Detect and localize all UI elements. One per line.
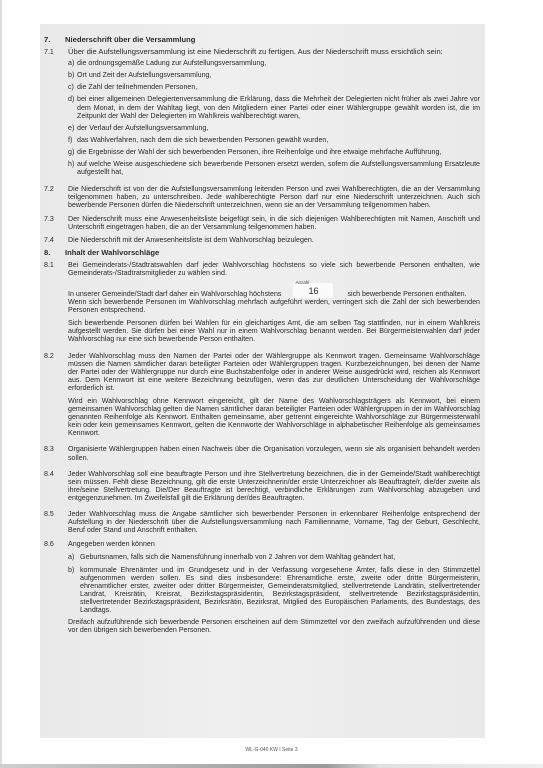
- list-text: die ordnungsgemäße Ladung zur Aufstellun…: [77, 59, 480, 67]
- item-number: 8.4: [44, 470, 68, 502]
- list-label: a): [68, 553, 80, 561]
- paragraph: Wird ein Wahlvorschlag ohne Kennwort ein…: [68, 397, 480, 437]
- paragraph: Bei Gemeinderats-/Stadtratswahlen darf j…: [68, 261, 480, 277]
- list-item: g)die Ergebnisse der Wahl der sich bewer…: [68, 148, 480, 156]
- item-number: 7.1: [44, 48, 68, 180]
- list-item: c)die Zahl der teilnehmenden Personen,: [68, 83, 480, 91]
- item-7-3: 7.3 Der Niederschrift muss eine Anwesenh…: [44, 215, 480, 231]
- anzahl-row: In unserer Gemeinde/Stadt darf daher ein…: [68, 283, 480, 298]
- list-item: a)Geburtsnamen, falls sich die Namensfüh…: [68, 553, 480, 561]
- page-footer: WL-G-040 KW I Seite 3: [0, 747, 543, 753]
- list-text: Ort und Zeit der Aufstellungsversammlung…: [77, 71, 480, 79]
- list-label: a): [68, 59, 77, 67]
- item-text: Jeder Wahlvorschlag muss die Angabe sämt…: [68, 510, 480, 534]
- item-number: 8.3: [44, 445, 68, 461]
- list-label: e): [68, 124, 77, 132]
- list-label: b): [68, 566, 80, 615]
- item-8-5: 8.5 Jeder Wahlvorschlag muss die Angabe …: [44, 510, 480, 534]
- item-8-6: 8.6 Angegeben werden können a)Geburtsnam…: [44, 540, 480, 634]
- item-intro: Angegeben werden können: [68, 540, 480, 548]
- paragraph: Sich bewerbende Personen dürfen bei Wahl…: [68, 319, 480, 343]
- anzahl-field[interactable]: Anzahl 16: [293, 283, 333, 298]
- paragraph: Wenn sich bewerbende Personen im Wahlvor…: [68, 298, 480, 314]
- item-7-1: 7.1 Über die Aufstellungsversammlung ist…: [44, 48, 480, 180]
- list-text: kommunale Ehrenämter und im Grundgesetz …: [80, 566, 480, 615]
- list-label: d): [68, 95, 77, 119]
- list-item: a)die ordnungsgemäße Ladung zur Aufstell…: [68, 59, 480, 67]
- section-8-heading: 8. Inhalt der Wahlvorschläge: [44, 249, 480, 257]
- section-number: 8.: [44, 249, 65, 257]
- item-8-4: 8.4 Jeder Wahlvorschlag soll eine beauft…: [44, 470, 480, 502]
- section-title: Inhalt der Wahlvorschläge: [65, 249, 159, 257]
- item-number: 8.6: [44, 540, 68, 634]
- list-item: d)bei einer allgemeinen Delegiertenversa…: [68, 95, 480, 119]
- item-8-3: 8.3 Organisierte Wählergruppen haben ein…: [44, 445, 480, 461]
- list-text: die Ergebnisse der Wahl der sich bewerbe…: [77, 148, 480, 156]
- list-label: b): [68, 71, 77, 79]
- item-number: 8.2: [44, 352, 68, 438]
- list-item: e)der Verlauf der Aufstellungsversammlun…: [68, 124, 480, 132]
- item-number: 7.4: [44, 236, 68, 244]
- item-8-1: 8.1 Bei Gemeinderats-/Stadtratswahlen da…: [44, 261, 480, 344]
- anzahl-label: Anzahl: [295, 276, 309, 289]
- document-content: 7. Niederschrift über die Versammlung 7.…: [44, 36, 480, 639]
- item-8-2: 8.2 Jeder Wahlvorschlag muss den Namen d…: [44, 352, 480, 438]
- item-number: 7.3: [44, 215, 68, 231]
- item-text: Die Niederschrift ist von der die Aufste…: [68, 185, 480, 209]
- item-text: Die Niederschrift mit der Anwesenheitsli…: [68, 236, 480, 244]
- list-item: b)kommunale Ehrenämter und im Grundgeset…: [68, 566, 480, 615]
- list-label: c): [68, 83, 77, 91]
- item-number: 8.5: [44, 510, 68, 534]
- anzahl-value: 16: [308, 286, 318, 296]
- item-number: 8.1: [44, 261, 68, 344]
- list-text: der Verlauf der Aufstellungsversammlung,: [77, 124, 480, 132]
- list-text: Geburtsnamen, falls sich die Namensführu…: [80, 553, 480, 561]
- sub-list: a)Geburtsnamen, falls sich die Namensfüh…: [68, 553, 480, 614]
- list-text: bei einer allgemeinen Delegiertenversamm…: [77, 95, 480, 119]
- list-text: die Zahl der teilnehmenden Personen,: [77, 83, 480, 91]
- page-edge: [0, 0, 2, 768]
- item-number: 7.2: [44, 185, 68, 209]
- sub-list: a)die ordnungsgemäße Ladung zur Aufstell…: [68, 59, 480, 176]
- item-text: Jeder Wahlvorschlag soll eine beauftragt…: [68, 470, 480, 502]
- list-label: h): [68, 160, 77, 176]
- section-7-heading: 7. Niederschrift über die Versammlung: [44, 36, 480, 44]
- list-label: g): [68, 148, 77, 156]
- anzahl-text-before: In unserer Gemeinde/Stadt darf daher ein…: [68, 290, 281, 298]
- item-text: Der Niederschrift muss eine Anwesenheits…: [68, 215, 480, 231]
- list-item: b)Ort und Zeit der Aufstellungsversammlu…: [68, 71, 480, 79]
- list-label: f): [68, 136, 77, 144]
- closing-paragraph: Dreifach aufzuführende sich bewerbende P…: [68, 618, 480, 634]
- list-item: h)auf welche Weise ausgeschiedene sich b…: [68, 160, 480, 176]
- section-number: 7.: [44, 36, 65, 44]
- list-text: das Wahlverfahren, nach dem die sich bew…: [77, 136, 480, 144]
- section-title: Niederschrift über die Versammlung: [65, 36, 195, 44]
- list-item: f)das Wahlverfahren, nach dem die sich b…: [68, 136, 480, 144]
- item-intro: Über die Aufstellungsversammlung ist ein…: [68, 48, 480, 56]
- page-bottom-edge: [0, 764, 543, 768]
- anzahl-text-after: sich bewerbende Personen enthalten.: [347, 290, 466, 298]
- item-text: Organisierte Wählergruppen haben einen N…: [68, 445, 480, 461]
- item-7-2: 7.2 Die Niederschrift ist von der die Au…: [44, 185, 480, 209]
- paragraph: Jeder Wahlvorschlag muss den Namen der P…: [68, 352, 480, 392]
- item-7-4: 7.4 Die Niederschrift mit der Anwesenhei…: [44, 236, 480, 244]
- list-text: auf welche Weise ausgeschiedene sich bew…: [77, 160, 480, 176]
